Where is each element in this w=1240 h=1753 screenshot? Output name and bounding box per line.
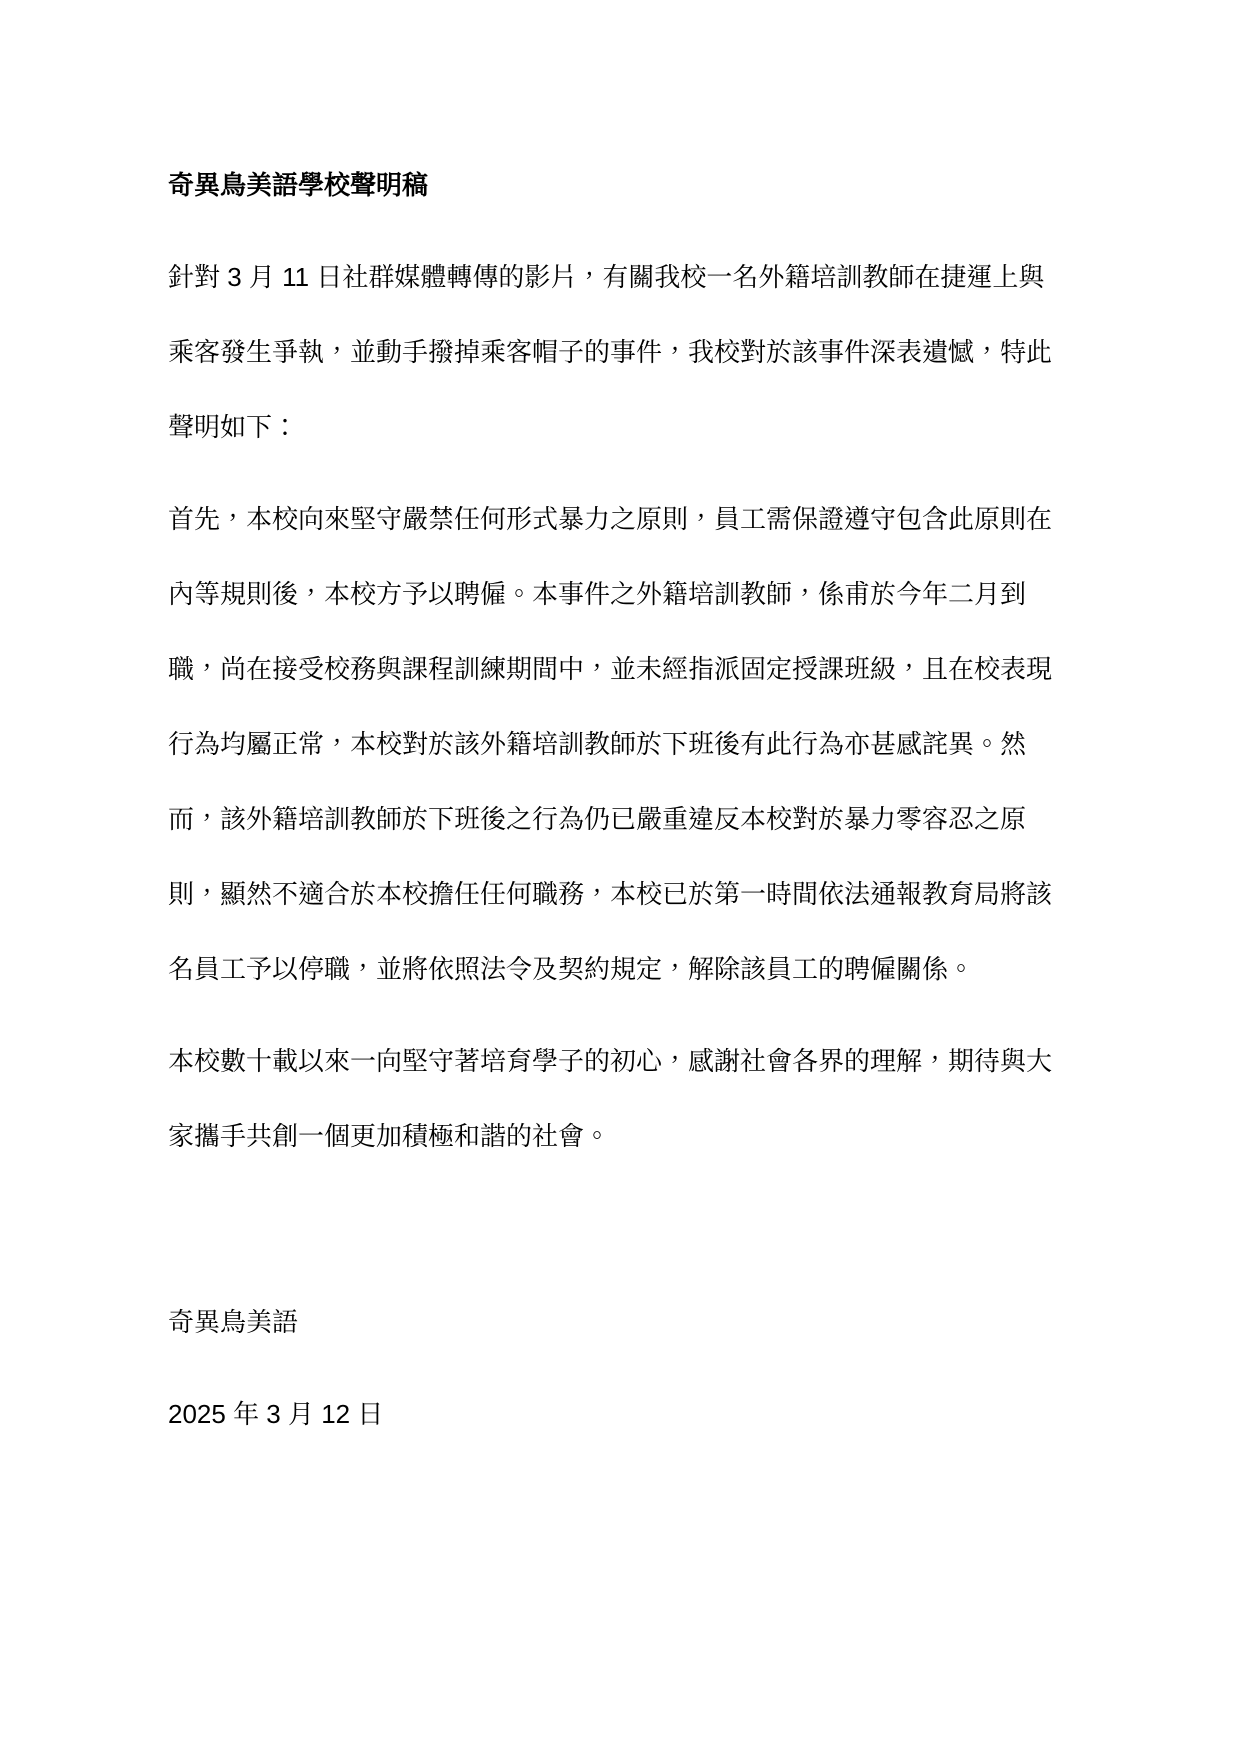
date-block: 2025 年 3 月 12 日 bbox=[168, 1377, 1090, 1452]
paragraph-intro: 針對 3 月 11 日社群媒體轉傳的影片，有關我校一名外籍培訓教師在捷運上與 乘… bbox=[168, 240, 1090, 465]
text-line: 家攜手共創一個更加積極和諧的社會。 bbox=[168, 1099, 1090, 1174]
signature: 奇異鳥美語 bbox=[168, 1285, 1090, 1360]
text-line: 首先，本校向來堅守嚴禁任何形式暴力之原則，員工需保證遵守包含此原則在 bbox=[168, 482, 1090, 557]
text-line: 聲明如下： bbox=[168, 390, 1090, 465]
text-line: 內等規則後，本校方予以聘僱。本事件之外籍培訓教師，係甫於今年二月到 bbox=[168, 557, 1090, 632]
text-line: 行為均屬正常，本校對於該外籍培訓教師於下班後有此行為亦甚感詫異。然 bbox=[168, 707, 1090, 782]
signature-block: 奇異鳥美語 bbox=[168, 1285, 1090, 1360]
document-title: 奇異鳥美語學校聲明稿 bbox=[168, 148, 1090, 223]
document-title-text: 奇異鳥美語學校聲明稿 bbox=[168, 170, 428, 200]
text-line: 則，顯然不適合於本校擔任任何職務，本校已於第一時間依法通報教育局將該 bbox=[168, 857, 1090, 932]
text-line: 本校數十載以來一向堅守著培育學子的初心，感謝社會各界的理解，期待與大 bbox=[168, 1024, 1090, 1099]
text-line: 職，尚在接受校務與課程訓練期間中，並未經指派固定授課班級，且在校表現 bbox=[168, 632, 1090, 707]
document-page: 奇異鳥美語學校聲明稿 針對 3 月 11 日社群媒體轉傳的影片，有關我校一名外籍… bbox=[0, 0, 1240, 1753]
paragraph-closing: 本校數十載以來一向堅守著培育學子的初心，感謝社會各界的理解，期待與大 家攜手共創… bbox=[168, 1024, 1090, 1174]
text-line: 乘客發生爭執，並動手撥掉乘客帽子的事件，我校對於該事件深表遺憾，特此 bbox=[168, 315, 1090, 390]
date-line: 2025 年 3 月 12 日 bbox=[168, 1377, 1090, 1452]
text-line: 而，該外籍培訓教師於下班後之行為仍已嚴重違反本校對於暴力零容忍之原 bbox=[168, 782, 1090, 857]
text-line: 針對 3 月 11 日社群媒體轉傳的影片，有關我校一名外籍培訓教師在捷運上與 bbox=[168, 240, 1090, 315]
text-line: 名員工予以停職，並將依照法令及契約規定，解除該員工的聘僱關係。 bbox=[168, 932, 1090, 1007]
paragraph-statement: 首先，本校向來堅守嚴禁任何形式暴力之原則，員工需保證遵守包含此原則在 內等規則後… bbox=[168, 482, 1090, 1007]
